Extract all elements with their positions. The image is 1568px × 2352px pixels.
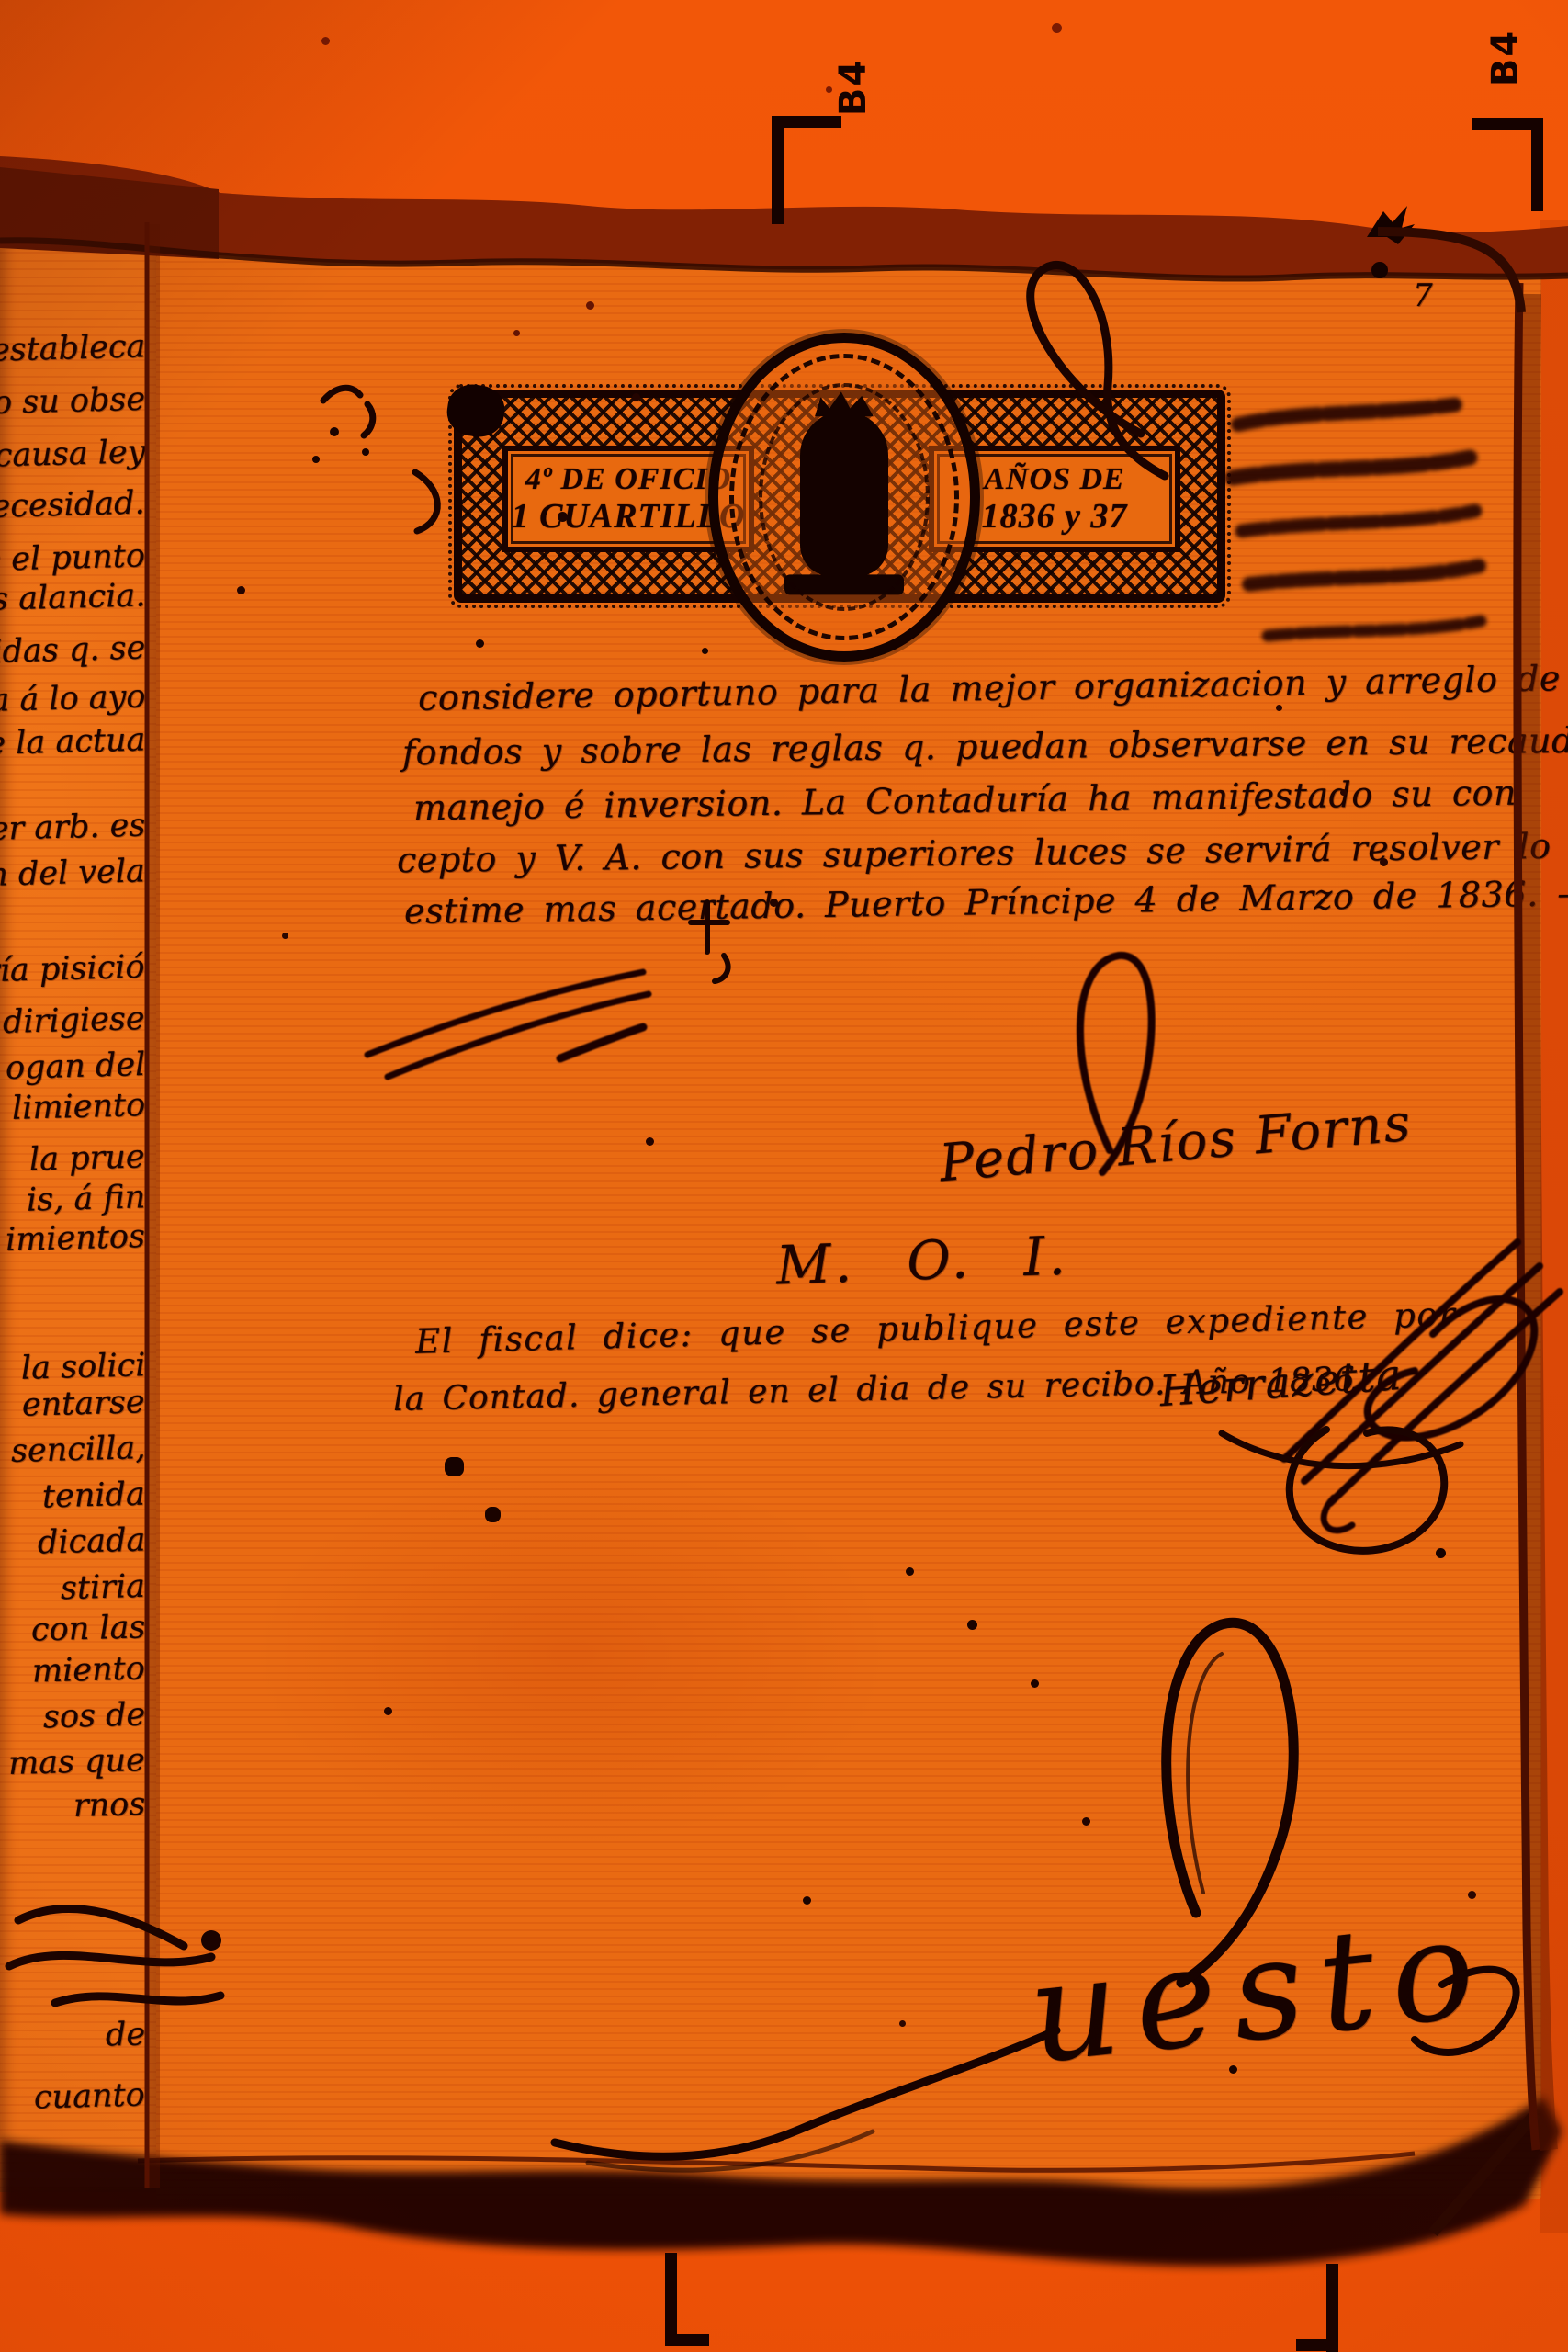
strip-fragment-line: tenida <box>42 1476 146 1516</box>
strip-fragment-line: ver arb. es <box>0 808 145 849</box>
reg-mark-bottom-left-vertical <box>665 2253 677 2345</box>
strip-fragment-line: de la actua <box>0 721 145 763</box>
strip-fragment-line: rnos <box>73 1786 145 1825</box>
strip-fragment-line: la prue <box>29 1138 146 1178</box>
strip-fragment-line: didas q. se <box>0 630 145 672</box>
strip-fragment-line: de <box>105 2016 145 2053</box>
initials-moi: M. O. I. <box>775 1224 1070 1296</box>
strip-fragment-line: d'estableca <box>0 328 145 369</box>
strip-fragment-line: imientos <box>6 1218 146 1259</box>
reg-mark-bottom-left-foot <box>665 2334 709 2346</box>
strip-fragment-line: cuanto <box>34 2076 146 2116</box>
strip-fragment-line: ría pisició <box>0 949 145 990</box>
strip-fragment-line: las alancia. <box>0 577 145 618</box>
strip-fragment-line: dirigiese <box>3 1001 146 1041</box>
reg-mark-top-left-vertical <box>772 116 784 224</box>
ink-speckles <box>0 0 5 5</box>
reg-mark-top-right-vertical <box>1531 118 1543 211</box>
strip-fragment-line: miento <box>32 1650 146 1690</box>
reg-label-b4-left: B4 <box>832 59 874 116</box>
strip-fragment-line: sos de <box>42 1697 145 1736</box>
strip-fragment-line: con las <box>30 1609 145 1648</box>
page-number: 7 <box>1413 277 1433 314</box>
strip-fragment-line: da á lo ayo <box>0 679 145 720</box>
strip-fragment-line: ion del vela <box>0 853 145 894</box>
adjacent-page-strip: d'establecamocio su obsese causa leyia y… <box>0 219 161 2192</box>
seal-emblem-icon <box>800 411 888 576</box>
page-right-margin-shade <box>1540 220 1568 2233</box>
stamp-left-line1: 4º DE OFICIO <box>525 462 731 497</box>
strip-fragment-line: la solici <box>20 1347 145 1387</box>
microfilm-frame: d'establecamocio su obsese causa leyia y… <box>0 0 1568 2352</box>
strip-fragment-line: entarse <box>22 1384 146 1423</box>
strip-fragment-line: ia y necesidad. <box>0 485 145 528</box>
strip-fragment-line: stiria <box>60 1568 145 1607</box>
strip-fragment-line: de el punto <box>0 537 145 579</box>
strip-fragment-line: ogan del <box>5 1046 145 1087</box>
strip-fragment-line: is, á fin <box>26 1179 145 1218</box>
stamp-right-line1: AÑOS DE <box>984 462 1124 497</box>
strip-fragment-line: sencilla, <box>10 1430 145 1470</box>
reg-label-b4-right: B4 <box>1484 29 1527 86</box>
stamp-seal-icon <box>708 333 980 661</box>
strip-fragment-line: mocio su obse <box>0 381 145 424</box>
strip-fragment-line: mas que <box>8 1742 146 1782</box>
strip-fragment-line: dicada <box>37 1521 145 1561</box>
reg-mark-bottom-right-foot <box>1296 2339 1338 2351</box>
stamp-right-line2: 1836 y 37 <box>982 497 1128 537</box>
strip-fragment-line: se causa ley <box>0 434 145 476</box>
strip-fragment-line: limiento <box>11 1087 145 1127</box>
